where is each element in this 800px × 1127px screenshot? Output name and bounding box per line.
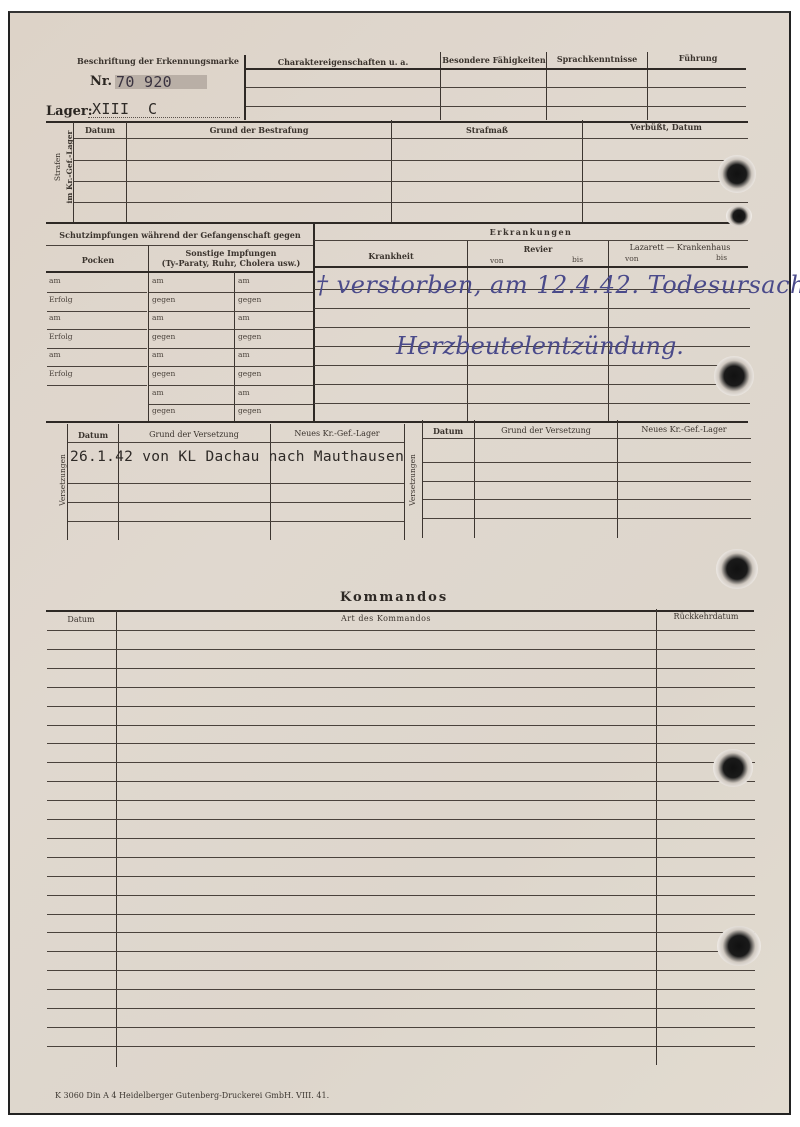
command-col-return-date: Rückkehrdatum [658, 612, 754, 621]
other-vaccine-row-label: gegen [238, 406, 261, 415]
col-hospital: Lazarett — Krankenhaus [610, 243, 750, 252]
command-row-line [47, 687, 755, 688]
other-vaccine-row-label: gegen [152, 295, 175, 304]
col-sickbay-to: bis [572, 255, 583, 264]
command-row-line [47, 800, 755, 801]
col-sickbay-from: von [490, 256, 504, 265]
col-hospital-from: von [625, 254, 639, 263]
command-row-line [47, 649, 755, 650]
transfer2-col-new-camp: Neues Kr.-Gef.-Lager [619, 425, 749, 434]
other-vaccine-row-label: gegen [152, 369, 175, 378]
smallpox-row-label: Erfolg [49, 369, 73, 378]
command-row-line [47, 1008, 755, 1009]
punch-hole [713, 749, 753, 787]
transfer2-col-reason: Grund der Versetzung [476, 426, 616, 435]
col-character: Charaktereigenschaften u. a. [248, 57, 438, 67]
other-vaccine-row-label: gegen [152, 332, 175, 341]
other-vaccine-row-label: am [238, 276, 250, 285]
other-vaccine-row-label: gegen [238, 332, 261, 341]
transfer2-col-date: Datum [424, 426, 472, 436]
col-sickbay: Revier [470, 244, 606, 254]
illnesses-title: Erkrankungen [316, 227, 746, 237]
other-vaccine-row-label: am [152, 388, 164, 397]
other-vaccine-row-label: gegen [152, 406, 175, 415]
transfers-side-label-right: Versetzungen [408, 445, 418, 515]
col-special-skills: Besondere Fähigkeiten [442, 55, 546, 65]
commands-title: Kommandos [340, 590, 448, 605]
command-row-line [47, 838, 755, 839]
other-vaccine-row-label: am [152, 313, 164, 322]
command-row-line [47, 951, 755, 952]
other-vaccine-row-label: gegen [238, 295, 261, 304]
punch-hole [714, 356, 754, 396]
command-row-line [47, 668, 755, 669]
col-conduct: Führung [650, 53, 746, 63]
nr-label: Nr. [90, 74, 112, 89]
punch-hole [716, 549, 758, 589]
col-smallpox: Pocken [48, 255, 148, 265]
other-vaccine-row-label: am [238, 313, 250, 322]
penalty-col-measure: Strafmaß [393, 125, 581, 135]
command-row-line [47, 1046, 755, 1047]
col-languages: Sprachkenntnisse [548, 54, 646, 64]
vaccinations-title: Schutzimpfungen während der Gefangenscha… [48, 230, 312, 240]
id-tag-label: Beschriftung der Erkennungsmarke [68, 56, 248, 66]
transfer-entry: 26.1.42 von KL Dachau nach Mauthausen [70, 449, 404, 465]
col-disease: Krankheit [316, 251, 466, 261]
lager-value: XIII C [92, 100, 157, 118]
smallpox-row-label: am [49, 276, 61, 285]
command-row-line [47, 630, 755, 631]
command-row-line [47, 762, 755, 763]
command-row-line [47, 743, 755, 744]
transfer-col-new-camp: Neues Kr.-Gef.-Lager [272, 429, 402, 438]
punch-hole [718, 155, 756, 193]
other-vaccine-row-label: am [238, 388, 250, 397]
punch-hole [726, 205, 752, 227]
col-hospital-to: bis [716, 253, 727, 262]
command-row-line [47, 1027, 755, 1028]
col-other-vaccines: Sonstige Impfungen [150, 248, 312, 258]
other-vaccine-row-label: am [152, 276, 164, 285]
command-row-line [47, 857, 755, 858]
command-row-line [47, 706, 755, 707]
col-other-vaccines-detail: (Ty-Paraty, Ruhr, Cholera usw.) [150, 258, 312, 268]
penalties-side-label-1: Strafen [53, 127, 63, 207]
smallpox-row-label: Erfolg [49, 295, 73, 304]
command-row-line [47, 819, 755, 820]
command-row-line [47, 914, 755, 915]
lager-label: Lager: [46, 104, 93, 119]
command-row-line [47, 970, 755, 971]
penalty-col-reason: Grund der Bestrafung [128, 125, 390, 135]
handwritten-death-note: † verstorben, am 12.4.42. Todesursache: [316, 271, 800, 299]
command-col-type: Art des Kommandos [118, 614, 654, 623]
penalty-col-served: Verbüßt, Datum [584, 122, 748, 132]
punch-hole [717, 926, 761, 966]
printer-imprint: K 3060 Din A 4 Heidelberger Gutenberg-Dr… [55, 1091, 329, 1100]
other-vaccine-row-label: am [238, 350, 250, 359]
command-row-line [47, 781, 755, 782]
lager-dotted-line [88, 117, 240, 118]
transfer-col-reason: Grund der Versetzung [120, 430, 268, 439]
command-row-line [47, 989, 755, 990]
penalty-col-date: Datum [75, 125, 125, 135]
command-row-line [47, 932, 755, 933]
handwritten-cause-of-death: Herzbeutelentzündung. [396, 332, 684, 360]
command-row-line [47, 895, 755, 896]
command-row-line [47, 725, 755, 726]
smallpox-row-label: am [49, 350, 61, 359]
transfer-col-date: Datum [69, 430, 117, 440]
nr-value: 70 920 [116, 73, 172, 91]
other-vaccine-row-label: am [152, 350, 164, 359]
command-col-date: Datum [48, 615, 114, 624]
smallpox-row-label: Erfolg [49, 332, 73, 341]
command-row-line [47, 876, 755, 877]
smallpox-row-label: am [49, 313, 61, 322]
other-vaccine-row-label: gegen [238, 369, 261, 378]
